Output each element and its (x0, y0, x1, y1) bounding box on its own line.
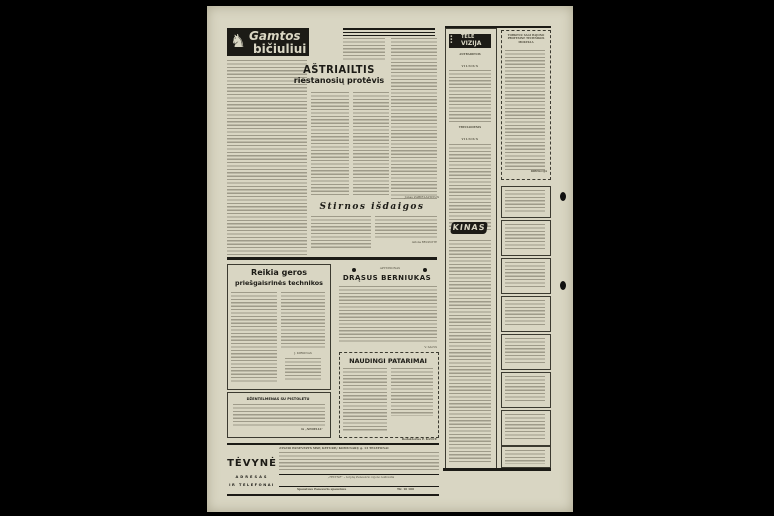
deer-icon: ♞ (230, 31, 246, 53)
main-article-subtitle: riestanosių protėvis (291, 76, 387, 85)
newspaper-name: TĖVYNĖ (227, 458, 277, 469)
punch-hole (560, 192, 566, 201)
fire-article-title: Reikia geros (229, 268, 329, 277)
main-article-title: AŠTRIAILTIS (291, 63, 387, 76)
newspaper-page: ♞ Gamtos bičiuliui AŠTRIAILTIS riestanos… (207, 6, 573, 512)
bullet-icon (423, 268, 427, 272)
main-article-author: Jonas ZABIELAVIČIUS (393, 196, 439, 199)
gentleman-title: DŽENTELMENAS SU PISTOLETU (227, 397, 329, 401)
footer-printing: Spaustuvė Panevėžio spaustuvė (297, 488, 377, 491)
cinema-header: KINAS (450, 222, 488, 234)
deer-article-title: Stirnos išdaigos (307, 202, 437, 212)
footer-address: 235230 PANEVĖŽYS MSP, KETURIŲ KOMUNARŲ g… (279, 447, 439, 450)
nature-column-header: ♞ Gamtos bičiuliui (227, 28, 309, 56)
tv-day-1: ANTRADIENIS (447, 53, 493, 56)
nature-column-text (227, 60, 307, 256)
footer-label-address: ADRESAS (227, 475, 277, 479)
school-notice-signature: DIREKCIJA (507, 170, 547, 173)
footer-label-phones: IR TELEFONAI (227, 483, 277, 487)
tv-day-2: TREČIADIENIS (447, 126, 493, 129)
gentleman-source: Iš „NEDELIA“ (277, 428, 323, 431)
fire-article-author: J. KIRKINAS (281, 352, 325, 355)
boy-article-title: DRĄSUS BERNIUKAS (337, 274, 437, 282)
tv-channel-1: VILNIUS (447, 65, 493, 68)
school-notice-heading: TORKENU SAGI RAJONO PROFESINE TECHNIKOS … (505, 34, 547, 48)
boy-article-author: V. SALYS (397, 346, 437, 349)
tv-header: ⫶ TELE VIZIJA (449, 34, 491, 48)
tv-antenna-icon: ⫶ (450, 35, 453, 46)
fire-article-subtitle: priešgaisrinės technikos (229, 279, 329, 287)
footer-index: Tir. 10 100 (397, 488, 437, 491)
tv-channel-2: VILNIUS (447, 138, 493, 141)
deer-article-author: Aldona BRUZGYTĖ (397, 241, 437, 244)
bullet-icon (352, 268, 356, 272)
boy-article-kicker: APYSTKONAS (367, 267, 413, 270)
footer-publisher: „TĖVYNĖ“ – tarybų Panevėžio rajono laikr… (291, 476, 431, 479)
tips-title: NAUDINGI PATARIMAI (339, 357, 437, 365)
tips-editor: Redaktorius P. KANCE (387, 438, 437, 441)
punch-hole (560, 281, 566, 290)
